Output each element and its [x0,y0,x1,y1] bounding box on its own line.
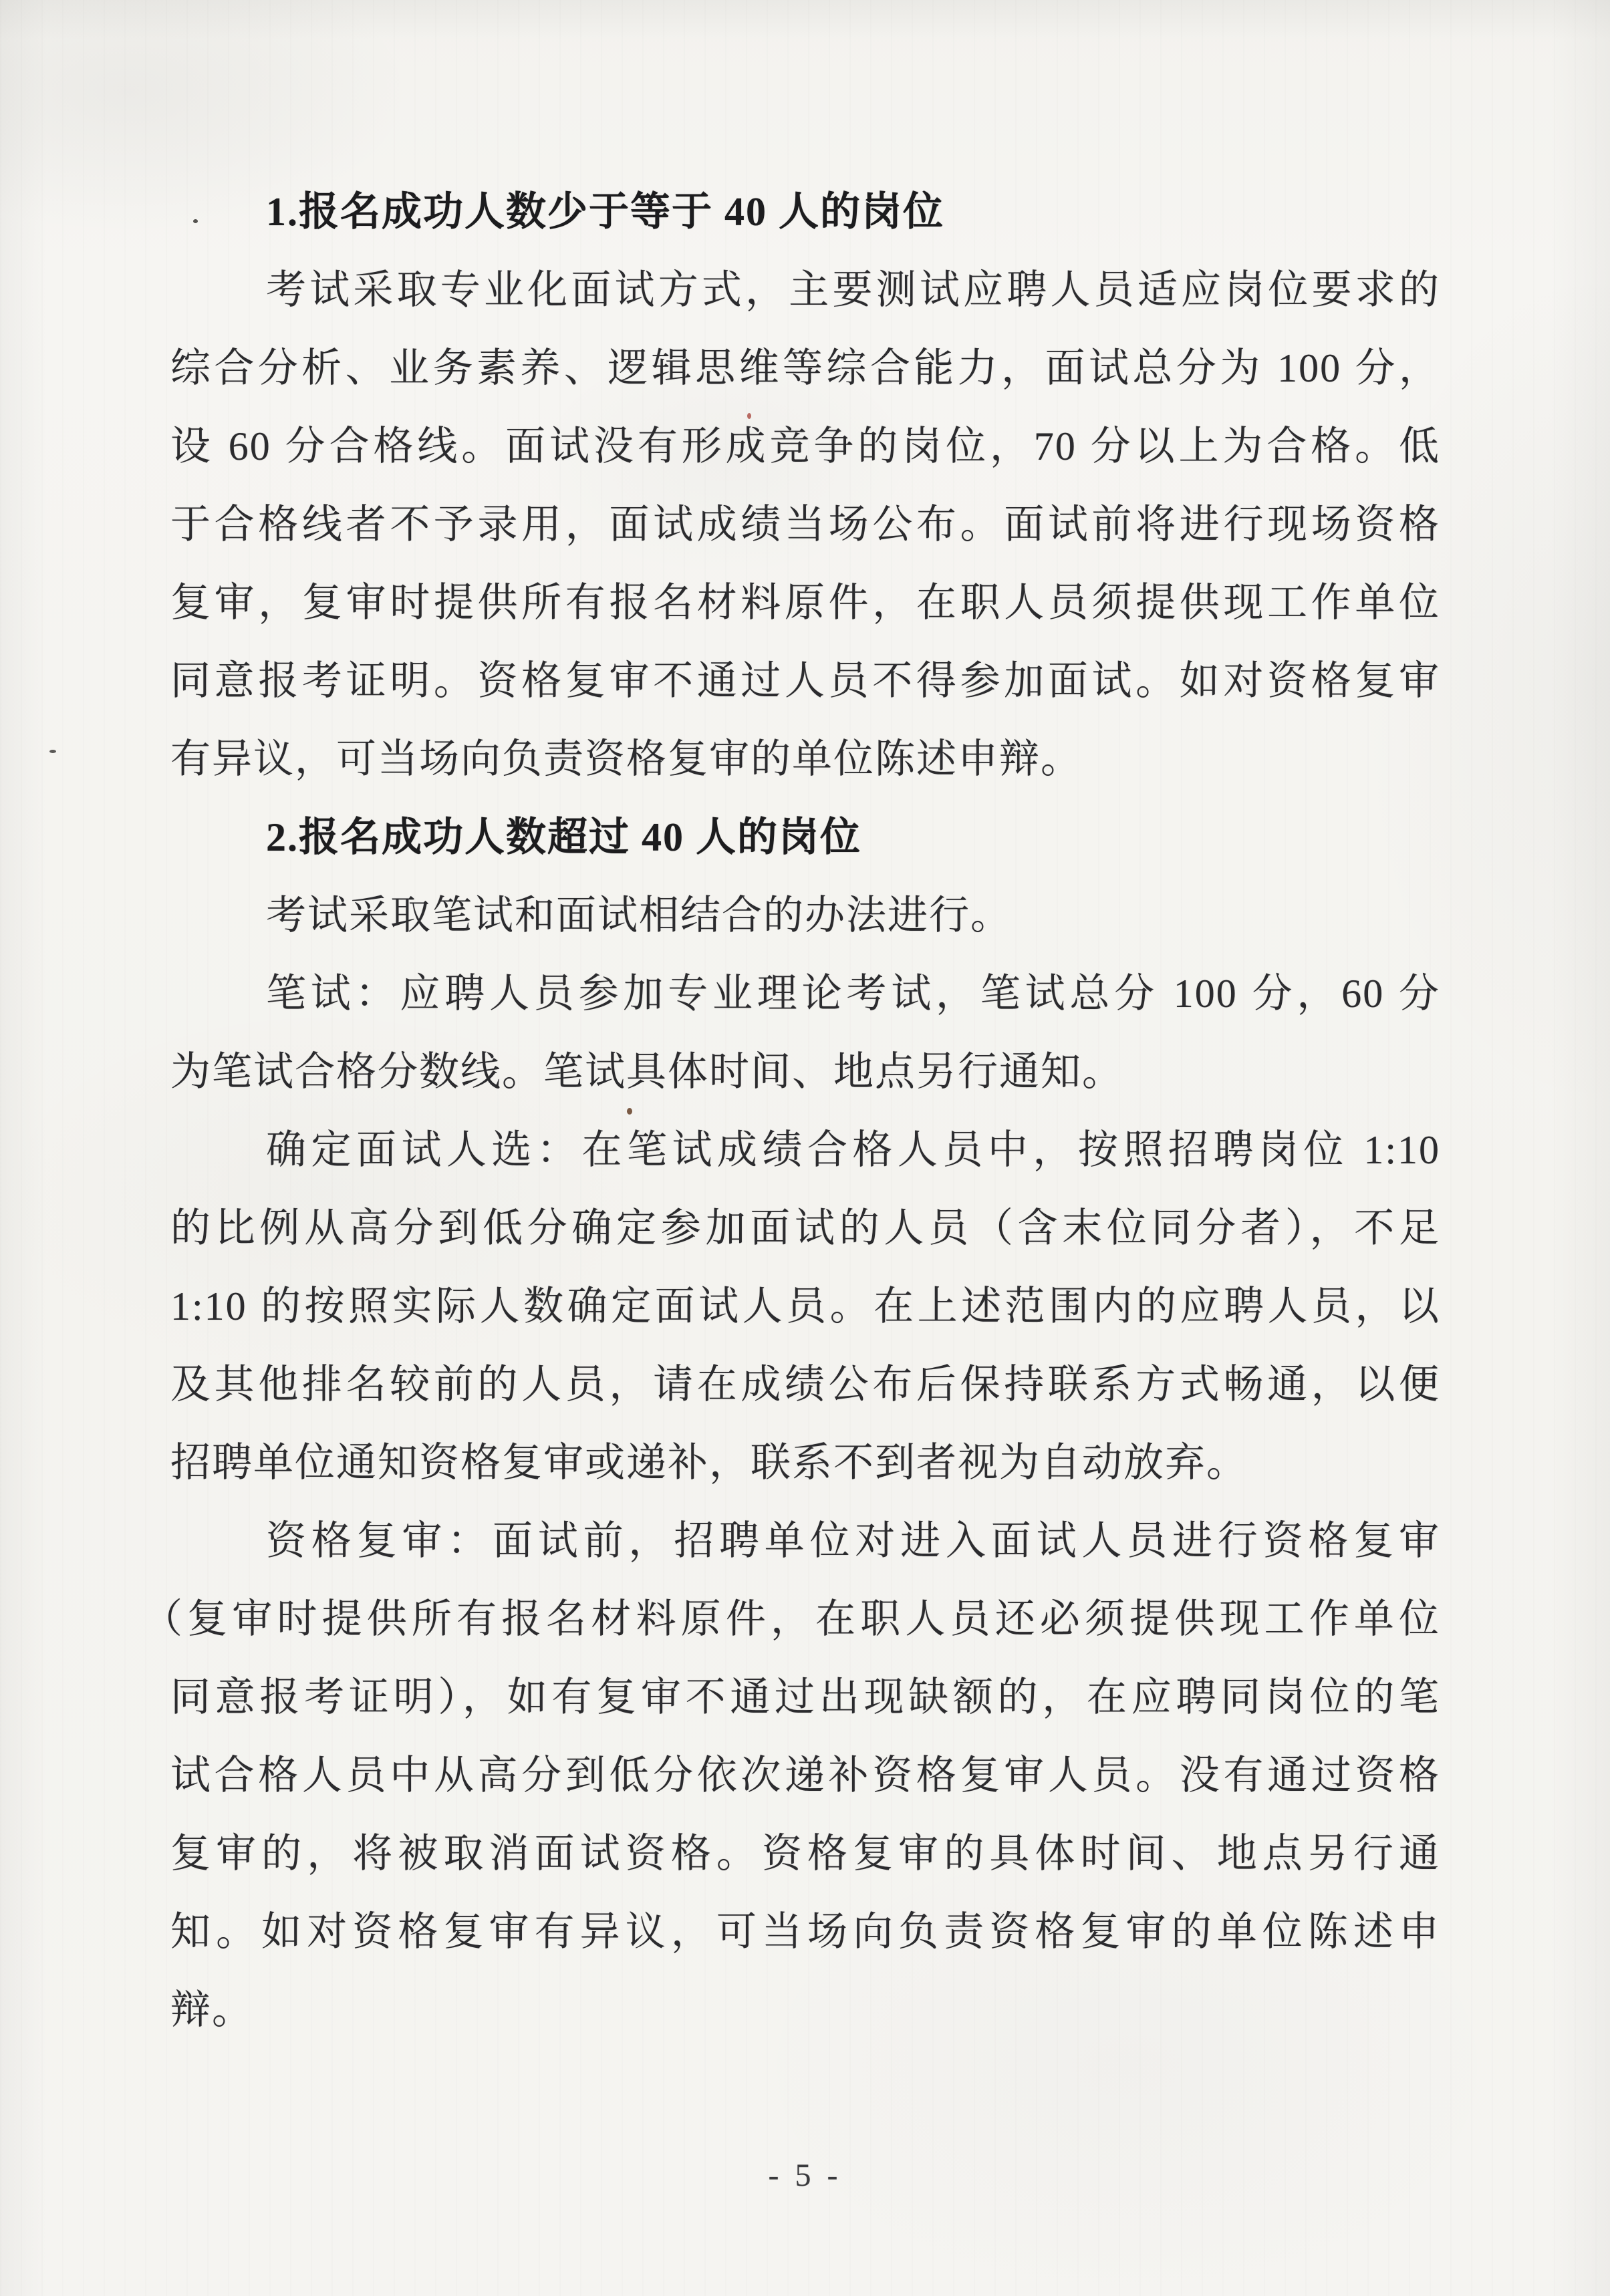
text-line: 及其他排名较前的人员，请在成绩公布后保持联系方式畅通，以便 [170,1346,1440,1424]
text-line: 复审，复审时提供所有报名材料原件，在职人员须提供现工作单位 [170,564,1440,642]
scan-speck [747,413,751,419]
scan-speck [193,219,198,223]
heading-line: 2.报名成功人数超过 40 人的岗位 [170,799,1440,877]
text-line: 设 60 分合格线。面试没有形成竞争的岗位，70 分以上为合格。低 [170,408,1440,486]
text-line: 试合格人员中从高分到低分依次递补资格复审人员。没有通过资格 [170,1737,1440,1815]
text-line: 考试采取笔试和面试相结合的办法进行。 [170,877,1440,955]
scan-speck [49,750,56,753]
text-line: 同意报考证明。资格复审不通过人员不得参加面试。如对资格复审 [170,642,1440,720]
scan-speck [627,1108,632,1115]
text-line: 1:10 的按照实际人数确定面试人员。在上述范围内的应聘人员，以 [170,1268,1440,1346]
text-line: 考试采取专业化面试方式，主要测试应聘人员适应岗位要求的 [170,251,1440,329]
text-line: 有异议，可当场向负责资格复审的单位陈述申辩。 [170,720,1440,799]
text-line: 复审的，将被取消面试资格。资格复审的具体时间、地点另行通 [170,1815,1440,1893]
text-line: 的比例从高分到低分确定参加面试的人员（含末位同分者），不足 [170,1189,1440,1268]
text-line: 综合分析、业务素养、逻辑思维等综合能力，面试总分为 100 分， [170,329,1440,408]
text-line: 辩。 [170,1971,1440,2049]
text-line: 于合格线者不予录用，面试成绩当场公布。面试前将进行现场资格 [170,486,1440,564]
page-number: - 5 - [0,2157,1610,2194]
text-line: 招聘单位通知资格复审或递补，联系不到者视为自动放弃。 [170,1424,1440,1502]
text-line: 为笔试合格分数线。笔试具体时间、地点另行通知。 [170,1033,1440,1111]
text-line: 笔试：应聘人员参加专业理论考试，笔试总分 100 分，60 分 [170,955,1440,1033]
text-line: 确定面试人选：在笔试成绩合格人员中，按照招聘岗位 1:10 [170,1111,1440,1189]
text-line: （复审时提供所有报名材料原件，在职人员还必须提供现工作单位 [142,1580,1440,1659]
text-line: 知。如对资格复审有异议，可当场向负责资格复审的单位陈述申 [170,1893,1440,1971]
document-body: 1.报名成功人数少于等于 40 人的岗位考试采取专业化面试方式，主要测试应聘人员… [170,173,1440,2049]
text-line: 资格复审：面试前，招聘单位对进入面试人员进行资格复审 [170,1502,1440,1580]
heading-line: 1.报名成功人数少于等于 40 人的岗位 [170,173,1440,251]
text-line: 同意报考证明），如有复审不通过出现缺额的，在应聘同岗位的笔 [170,1659,1440,1737]
scanned-page: 1.报名成功人数少于等于 40 人的岗位考试采取专业化面试方式，主要测试应聘人员… [0,0,1610,2296]
